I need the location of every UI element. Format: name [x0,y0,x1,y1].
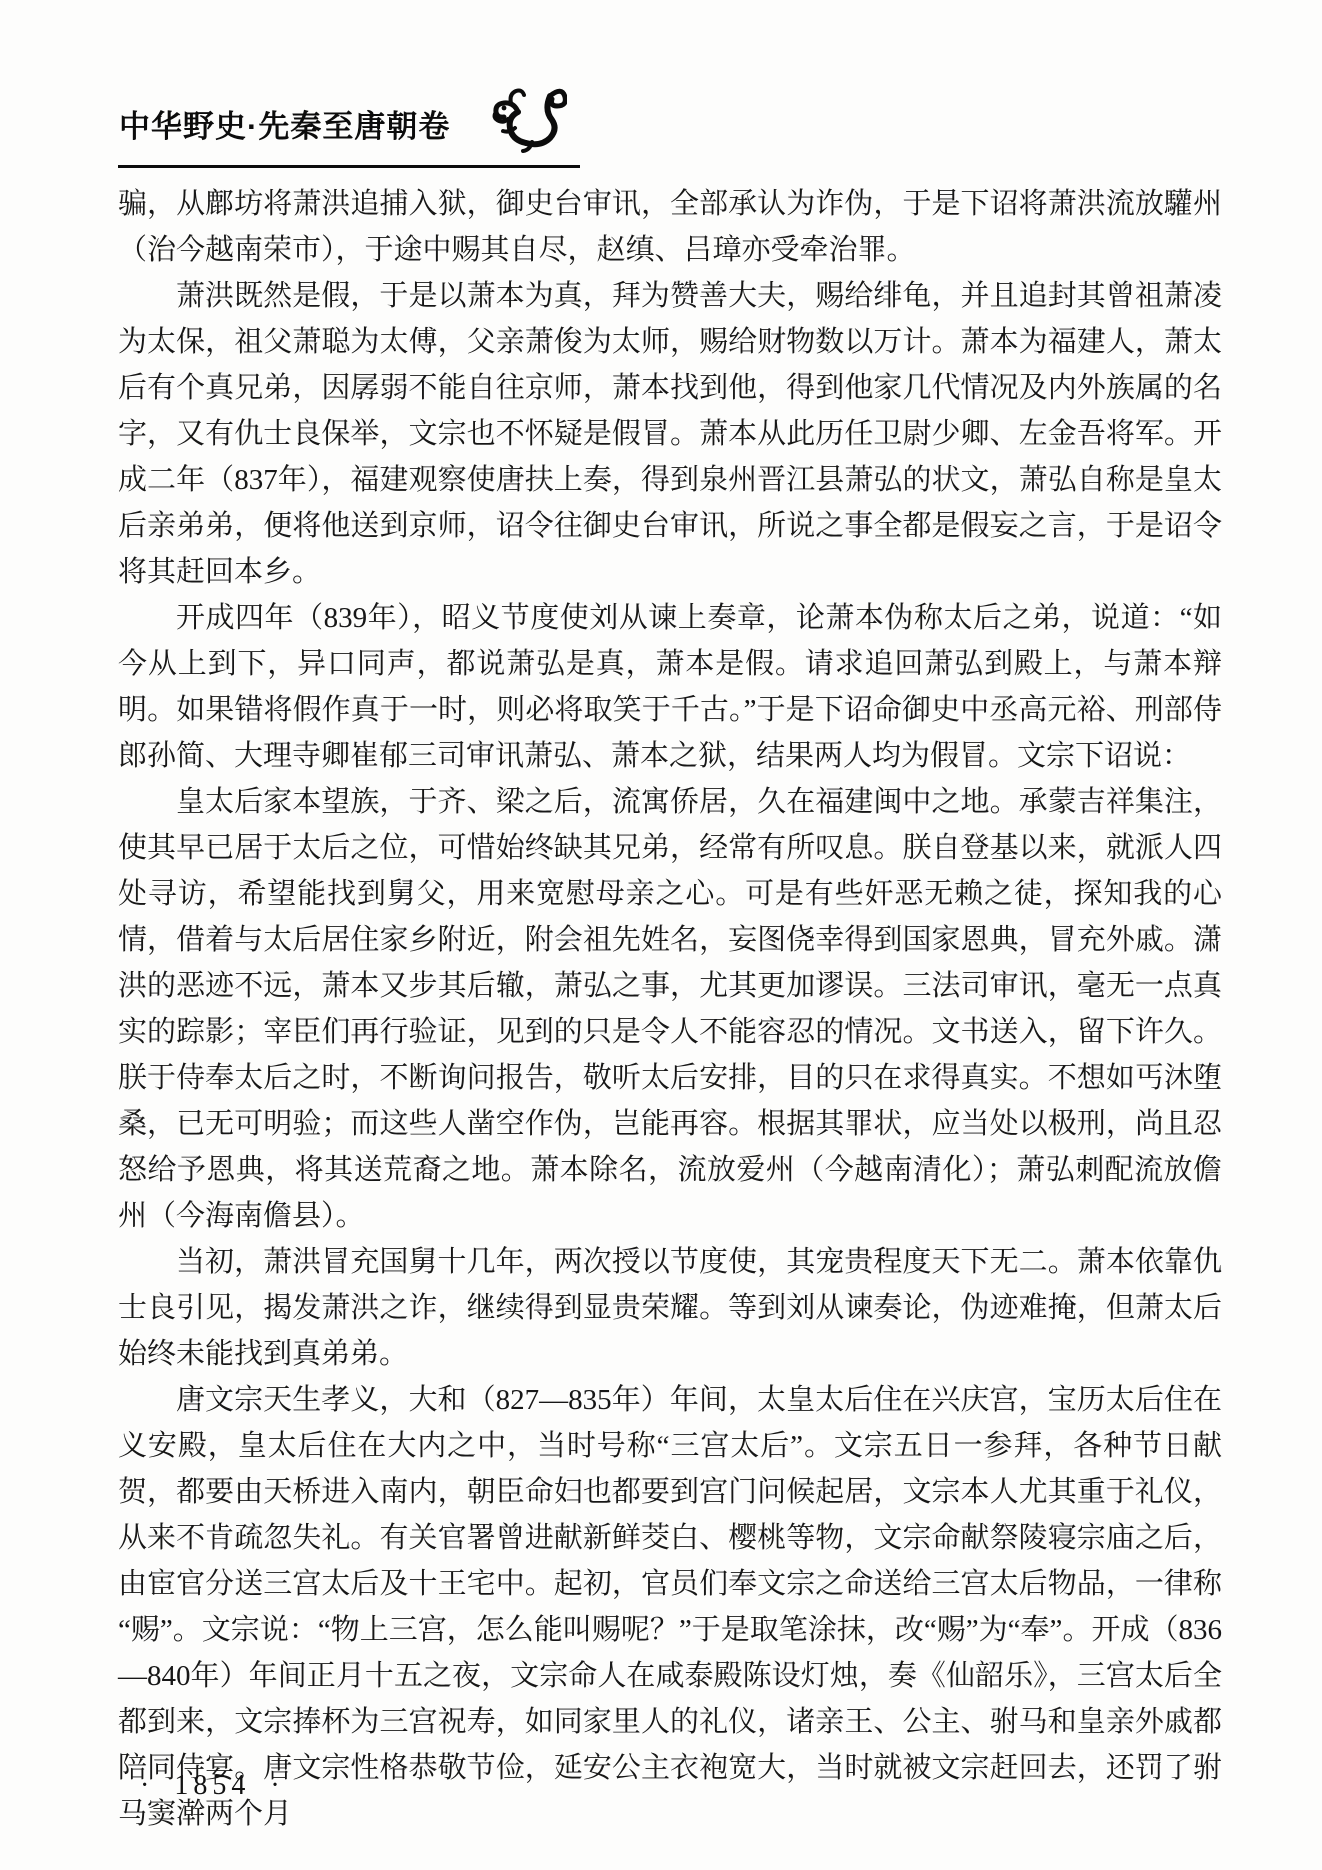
paragraph: 骗，从鄜坊将萧洪追捕入狱，御史台审讯，全部承认为诈伪，于是下诏将萧洪流放驩州（治… [118,181,1222,273]
book-page: 中华野史·先秦至唐朝卷 [0,0,1322,1870]
dragon-logo-icon [487,80,567,160]
page-number: · 1854 · [140,1770,285,1801]
paragraph: 皇太后家本望族，于齐、梁之后，流寓侨居，久在福建闽中之地。承蒙吉祥集注，使其早已… [118,779,1222,1239]
header-rule [118,165,580,168]
paragraph: 当初，萧洪冒充国舅十几年，两次授以节度使，其宠贵程度天下无二。萧本依靠仇士良引见… [118,1239,1222,1377]
paragraph: 开成四年（839年），昭义节度使刘从谏上奏章，论萧本伪称太后之弟，说道：“如今从… [118,595,1222,779]
body-text: 骗，从鄜坊将萧洪追捕入狱，御史台审讯，全部承认为诈伪，于是下诏将萧洪流放驩州（治… [118,181,1222,1837]
paragraph: 萧洪既然是假，于是以萧本为真，拜为赞善大夫，赐给绯龟，并且追封其曾祖萧凌为太保，… [118,273,1222,595]
book-title: 中华野史·先秦至唐朝卷 [119,101,450,146]
paragraph: 唐文宗天生孝义，大和（827—835年）年间，太皇太后住在兴庆宫，宝历太后住在义… [118,1377,1222,1837]
page-footer: · 1854 · [140,1770,285,1802]
